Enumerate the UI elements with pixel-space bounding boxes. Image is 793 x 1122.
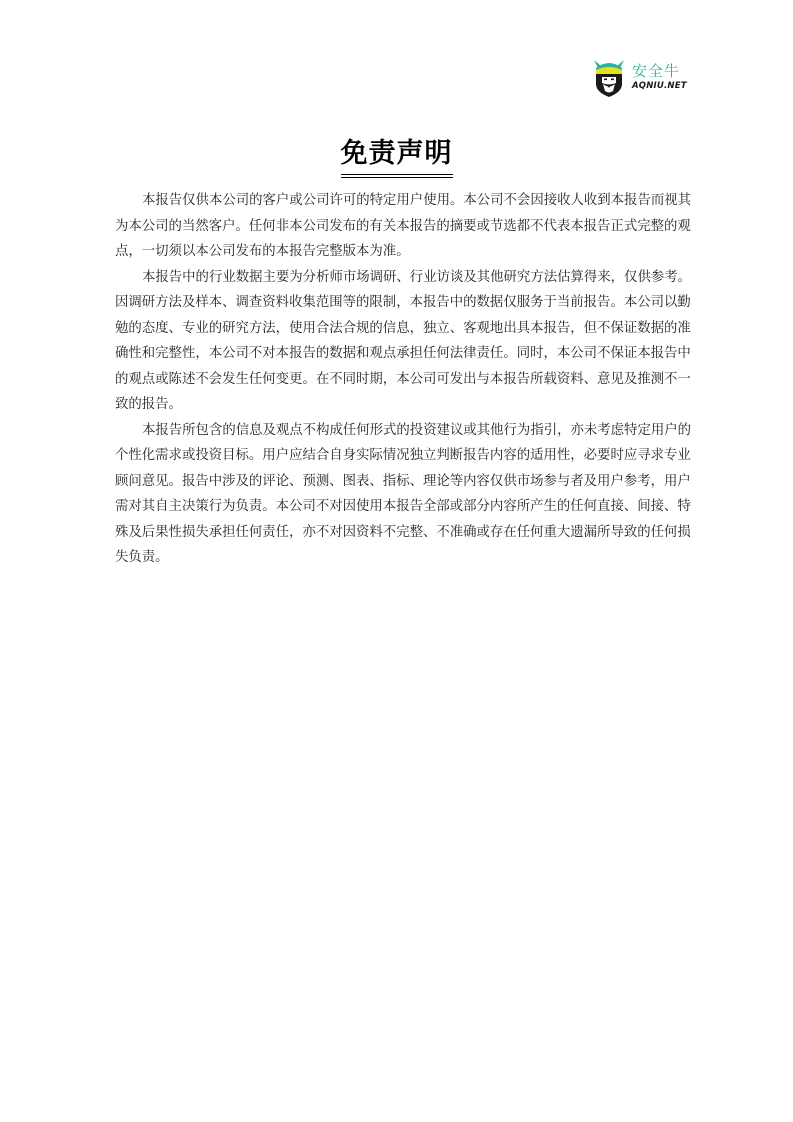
text-line: 需对其自主决策行为负责。本公司不对因使用本报告全部或部分内容所产生的任何直接、间… bbox=[115, 494, 685, 520]
text-line: 致的报告。 bbox=[115, 392, 685, 418]
text-line: 殊及后果性损失承担任何责任，亦不对因资料不完整、不准确或存在任何重大遗漏所导致的… bbox=[115, 520, 685, 546]
page-title: 免责声明 bbox=[341, 137, 453, 178]
paragraph-distribution: 本报告仅供本公司的客户或公司许可的特定用户使用。本公司不会因接收人收到本报告而视… bbox=[115, 188, 685, 265]
text-line: 顾问意见。报告中涉及的评论、预测、图表、指标、理论等内容仅供市场参与者及用户参考… bbox=[115, 469, 685, 495]
brand-logo: 安全牛 AQNIU.NET bbox=[592, 55, 702, 99]
text-line: 个性化需求或投资目标。用户应结合自身实际情况独立判断报告内容的适用性，必要时应寻… bbox=[115, 443, 685, 469]
text-line: 确性和完整性，本公司不对本报告的数据和观点承担任何法律责任。同时，本公司不保证本… bbox=[115, 341, 685, 367]
brand-text: 安全牛 AQNIU.NET bbox=[632, 64, 687, 91]
text-line: 本报告中的行业数据主要为分析师市场调研、行业访谈及其他研究方法估算得来，仅供参考… bbox=[115, 265, 685, 291]
text-line: 本报告仅供本公司的客户或公司许可的特定用户使用。本公司不会因接收人收到本报告而视… bbox=[115, 188, 685, 214]
brand-name-en: AQNIU.NET bbox=[632, 82, 687, 91]
text-line: 失负责。 bbox=[115, 545, 685, 571]
title-container: 免责声明 bbox=[0, 137, 793, 178]
text-line: 的观点或陈述不会发生任何变更。在不同时期，本公司可发出与本报告所载资料、意见及推… bbox=[115, 367, 685, 393]
warrior-shield-icon bbox=[592, 56, 626, 98]
text-line: 点，一切须以本公司发布的本报告完整版本为准。 bbox=[115, 239, 685, 265]
text-line: 为本公司的当然客户。任何非本公司发布的有关本报告的摘要或节选都不代表本报告正式完… bbox=[115, 214, 685, 240]
brand-name-cn: 安全牛 bbox=[632, 64, 687, 79]
paragraph-no-advice: 本报告所包含的信息及观点不构成任何形式的投资建议或其他行为指引，亦未考虑特定用户… bbox=[115, 418, 685, 571]
text-line: 本报告所包含的信息及观点不构成任何形式的投资建议或其他行为指引，亦未考虑特定用户… bbox=[115, 418, 685, 444]
text-line: 因调研方法及样本、调查资料收集范围等的限制，本报告中的数据仅服务于当前报告。本公… bbox=[115, 290, 685, 316]
paragraph-data-source: 本报告中的行业数据主要为分析师市场调研、行业访谈及其他研究方法估算得来，仅供参考… bbox=[115, 265, 685, 418]
text-line: 勉的态度、专业的研究方法，使用合法合规的信息，独立、客观地出具本报告，但不保证数… bbox=[115, 316, 685, 342]
disclaimer-body: 本报告仅供本公司的客户或公司许可的特定用户使用。本公司不会因接收人收到本报告而视… bbox=[115, 188, 685, 571]
